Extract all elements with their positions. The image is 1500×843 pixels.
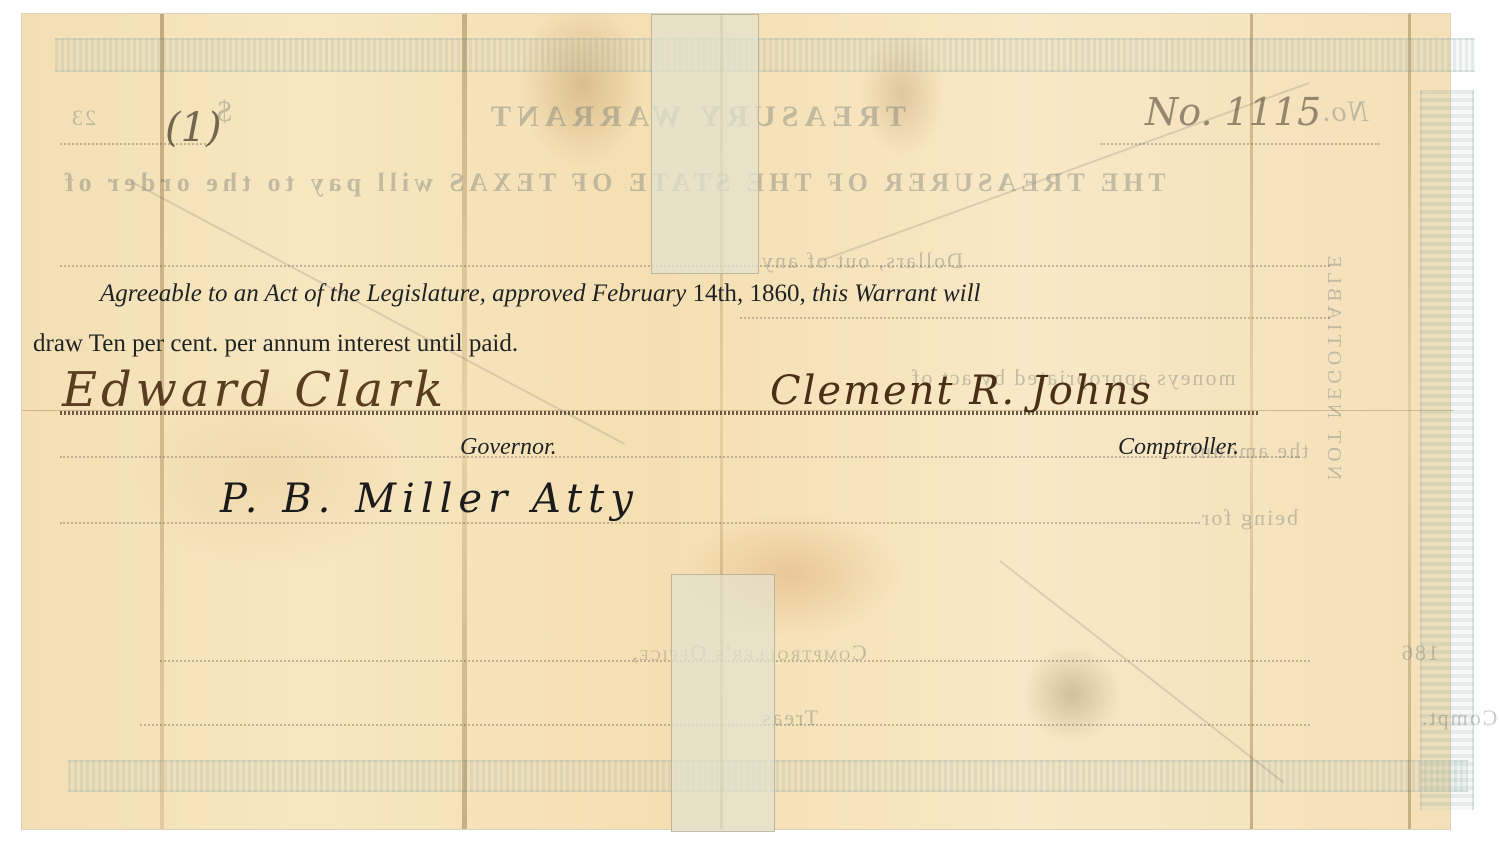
bleed-number-label: No. <box>1320 95 1369 129</box>
dotted-rule <box>60 522 1200 524</box>
governor-signature: Edward Clark <box>62 362 447 418</box>
pencil-dollar-mark: (1) <box>165 105 222 151</box>
dotted-rule <box>1100 143 1380 145</box>
pencil-number: No. 1115 <box>1145 90 1321 134</box>
bleed-vertical-text: NOT NEGOTIABLE <box>1322 252 1345 480</box>
comptroller-signature: Clement R. Johns <box>770 368 1153 414</box>
clause-text-end: this Warrant will <box>812 280 981 307</box>
tape-repair-top <box>651 14 759 274</box>
clause-date-year: , 1860, <box>737 280 812 307</box>
interest-clause-line-2: draw Ten per cent. per annum interest un… <box>33 330 518 358</box>
payee-endorsement-signature: P. B. Miller Atty <box>220 476 639 522</box>
clause-date-day: 14th <box>692 280 736 307</box>
bleed-compt: Compt. <box>1420 705 1497 731</box>
comptroller-label: Comptroller. <box>1118 434 1239 461</box>
fold-line <box>1250 14 1253 829</box>
bleed-pay-line: THE TREASURER OF THE STATE OF TEXAS will… <box>60 168 1166 198</box>
bleed-being-for: being for <box>1200 505 1298 531</box>
interest-clause-line-1: Agreeable to an Act of the Legislature, … <box>100 280 981 308</box>
clause-text: Agreeable to an Act of the Legislature, … <box>100 280 692 307</box>
guilloche-border-top <box>55 38 1475 72</box>
bleed-year: 186 <box>1400 640 1439 666</box>
tape-repair-bottom <box>671 574 775 832</box>
fold-line <box>160 14 164 829</box>
bleed-dollars: Dollars, out of any <box>760 248 963 274</box>
fold-line <box>462 14 467 829</box>
governor-label: Governor. <box>460 434 557 461</box>
signature-rule <box>60 411 1260 415</box>
bleed-number-fragment: 23 <box>70 105 96 131</box>
fold-line <box>1408 14 1411 829</box>
guilloche-border-right <box>1420 90 1474 810</box>
dotted-rule <box>740 317 1330 319</box>
dotted-rule <box>60 456 1300 458</box>
